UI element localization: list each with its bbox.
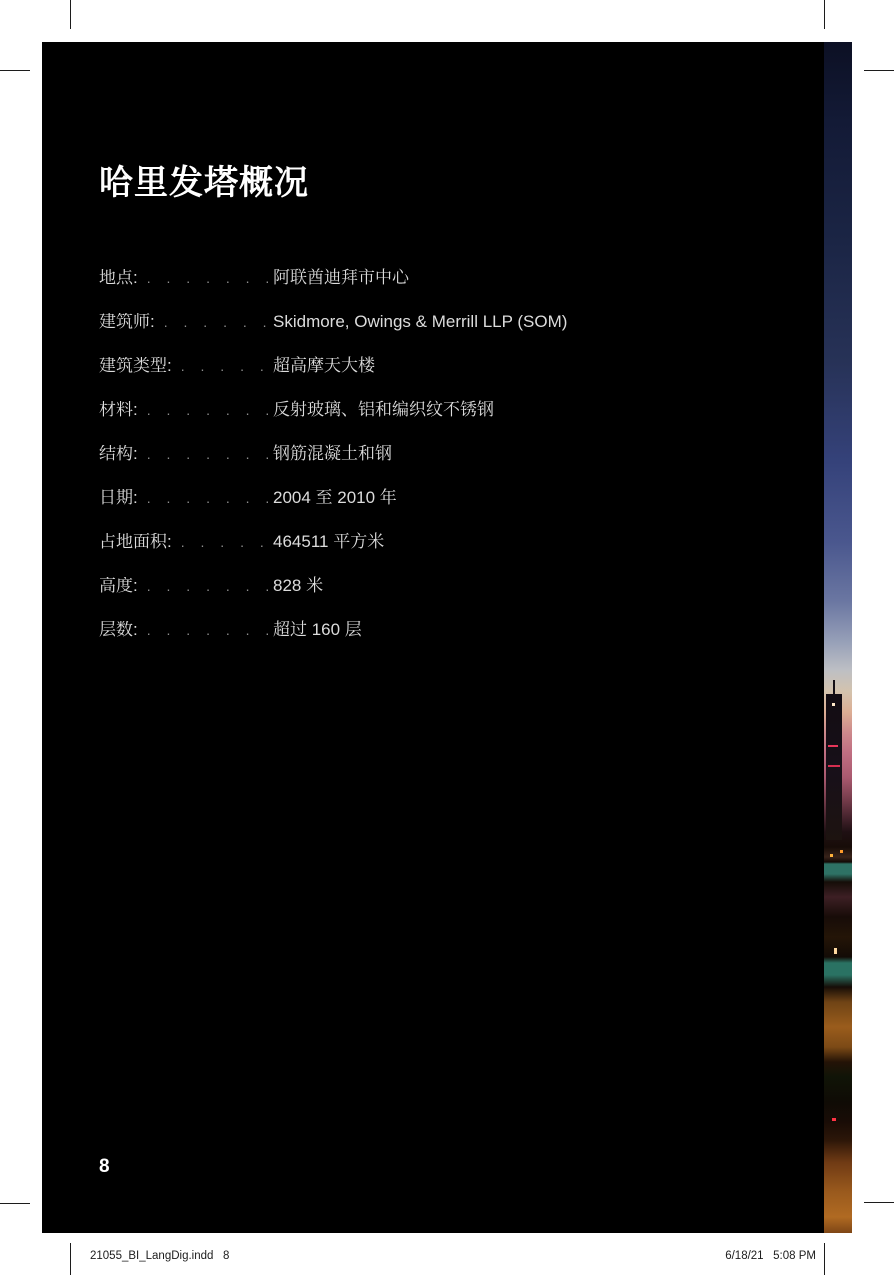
- fact-value: 超过 160 层: [273, 621, 362, 639]
- fact-row-architect: 建筑师: . . . . . . . . . . . . . . . . . .…: [99, 313, 699, 331]
- crop-mark-bottom-right-vertical: [824, 1243, 825, 1275]
- fact-label: 建筑师:: [99, 313, 164, 331]
- fact-label: 建筑类型:: [99, 357, 181, 375]
- slug-timestamp: 6/18/21 5:08 PM: [690, 1250, 816, 1262]
- fact-value: 超高摩天大楼: [273, 357, 375, 375]
- fact-row-dates: 日期: . . . . . . . . . . . . . . . . . . …: [99, 489, 699, 507]
- fact-list: 地点: . . . . . . . . . . . . . . . . . . …: [99, 269, 699, 665]
- photo-light: [828, 765, 840, 767]
- photo-light: [830, 854, 833, 857]
- fact-label: 日期:: [99, 489, 147, 507]
- dot-leader: . . . . . . . . . . . . . . . . . . . . …: [181, 357, 273, 375]
- skyscraper-silhouette: [826, 694, 842, 840]
- fact-value: Skidmore, Owings & Merrill LLP (SOM): [273, 313, 567, 331]
- fact-value: 钢筋混凝土和钢: [273, 445, 392, 463]
- dot-leader: . . . . . . . . . . . . . . . . . . . . …: [147, 401, 273, 419]
- crop-mark-top-right-horizontal: [864, 70, 894, 71]
- fact-label: 层数:: [99, 621, 147, 639]
- photo-light: [834, 948, 837, 954]
- photo-light: [840, 850, 843, 853]
- fact-value: 828 米: [273, 577, 323, 595]
- photo-light: [832, 703, 835, 706]
- dot-leader: . . . . . . . . . . . . . . . . . . . . …: [147, 445, 273, 463]
- fact-label: 高度:: [99, 577, 147, 595]
- fact-row-materials: 材料: . . . . . . . . . . . . . . . . . . …: [99, 401, 699, 419]
- crop-mark-bottom-left-vertical: [70, 1243, 71, 1275]
- crop-mark-top-left-horizontal: [0, 70, 30, 71]
- fact-row-area: 占地面积: . . . . . . . . . . . . . . . . . …: [99, 533, 699, 551]
- dot-leader: . . . . . . . . . . . . . . . . . . . . …: [181, 533, 273, 551]
- dot-leader: . . . . . . . . . . . . . . . . . . . . …: [147, 489, 273, 507]
- dot-leader: . . . . . . . . . . . . . . . . . . . . …: [147, 577, 273, 595]
- fact-value: 464511 平方米: [273, 533, 384, 551]
- fact-row-height: 高度: . . . . . . . . . . . . . . . . . . …: [99, 577, 699, 595]
- fact-value: 阿联酋迪拜市中心: [273, 269, 409, 287]
- crop-mark-top-right-vertical: [824, 0, 825, 29]
- fact-row-floors: 层数: . . . . . . . . . . . . . . . . . . …: [99, 621, 699, 639]
- fact-label: 占地面积:: [99, 533, 181, 551]
- fact-label: 结构:: [99, 445, 147, 463]
- photo-light: [828, 745, 838, 747]
- fact-row-structure: 结构: . . . . . . . . . . . . . . . . . . …: [99, 445, 699, 463]
- fact-label: 材料:: [99, 401, 147, 419]
- dot-leader: . . . . . . . . . . . . . . . . . . . . …: [164, 313, 273, 331]
- fact-label: 地点:: [99, 269, 147, 287]
- dot-leader: . . . . . . . . . . . . . . . . . . . . …: [147, 621, 273, 639]
- crop-mark-bottom-right-horizontal: [864, 1202, 894, 1203]
- crop-mark-bottom-left-horizontal: [0, 1203, 30, 1204]
- fact-row-building-type: 建筑类型: . . . . . . . . . . . . . . . . . …: [99, 357, 699, 375]
- document-page: 哈里发塔概况 地点: . . . . . . . . . . . . . . .…: [42, 42, 852, 1233]
- dubai-skyline-dusk-photo: [824, 42, 852, 1233]
- fact-row-location: 地点: . . . . . . . . . . . . . . . . . . …: [99, 269, 699, 287]
- page-number: 8: [99, 1156, 110, 1178]
- photo-light: [832, 1118, 836, 1121]
- crop-mark-top-left-vertical: [70, 0, 71, 29]
- fact-value: 反射玻璃、铝和编织纹不锈钢: [273, 401, 494, 419]
- dot-leader: . . . . . . . . . . . . . . . . . . . . …: [147, 269, 273, 287]
- slug-filename: 21055_BI_LangDig.indd 8: [90, 1250, 229, 1262]
- page-title: 哈里发塔概况: [99, 155, 309, 204]
- fact-value: 2004 至 2010 年: [273, 489, 397, 507]
